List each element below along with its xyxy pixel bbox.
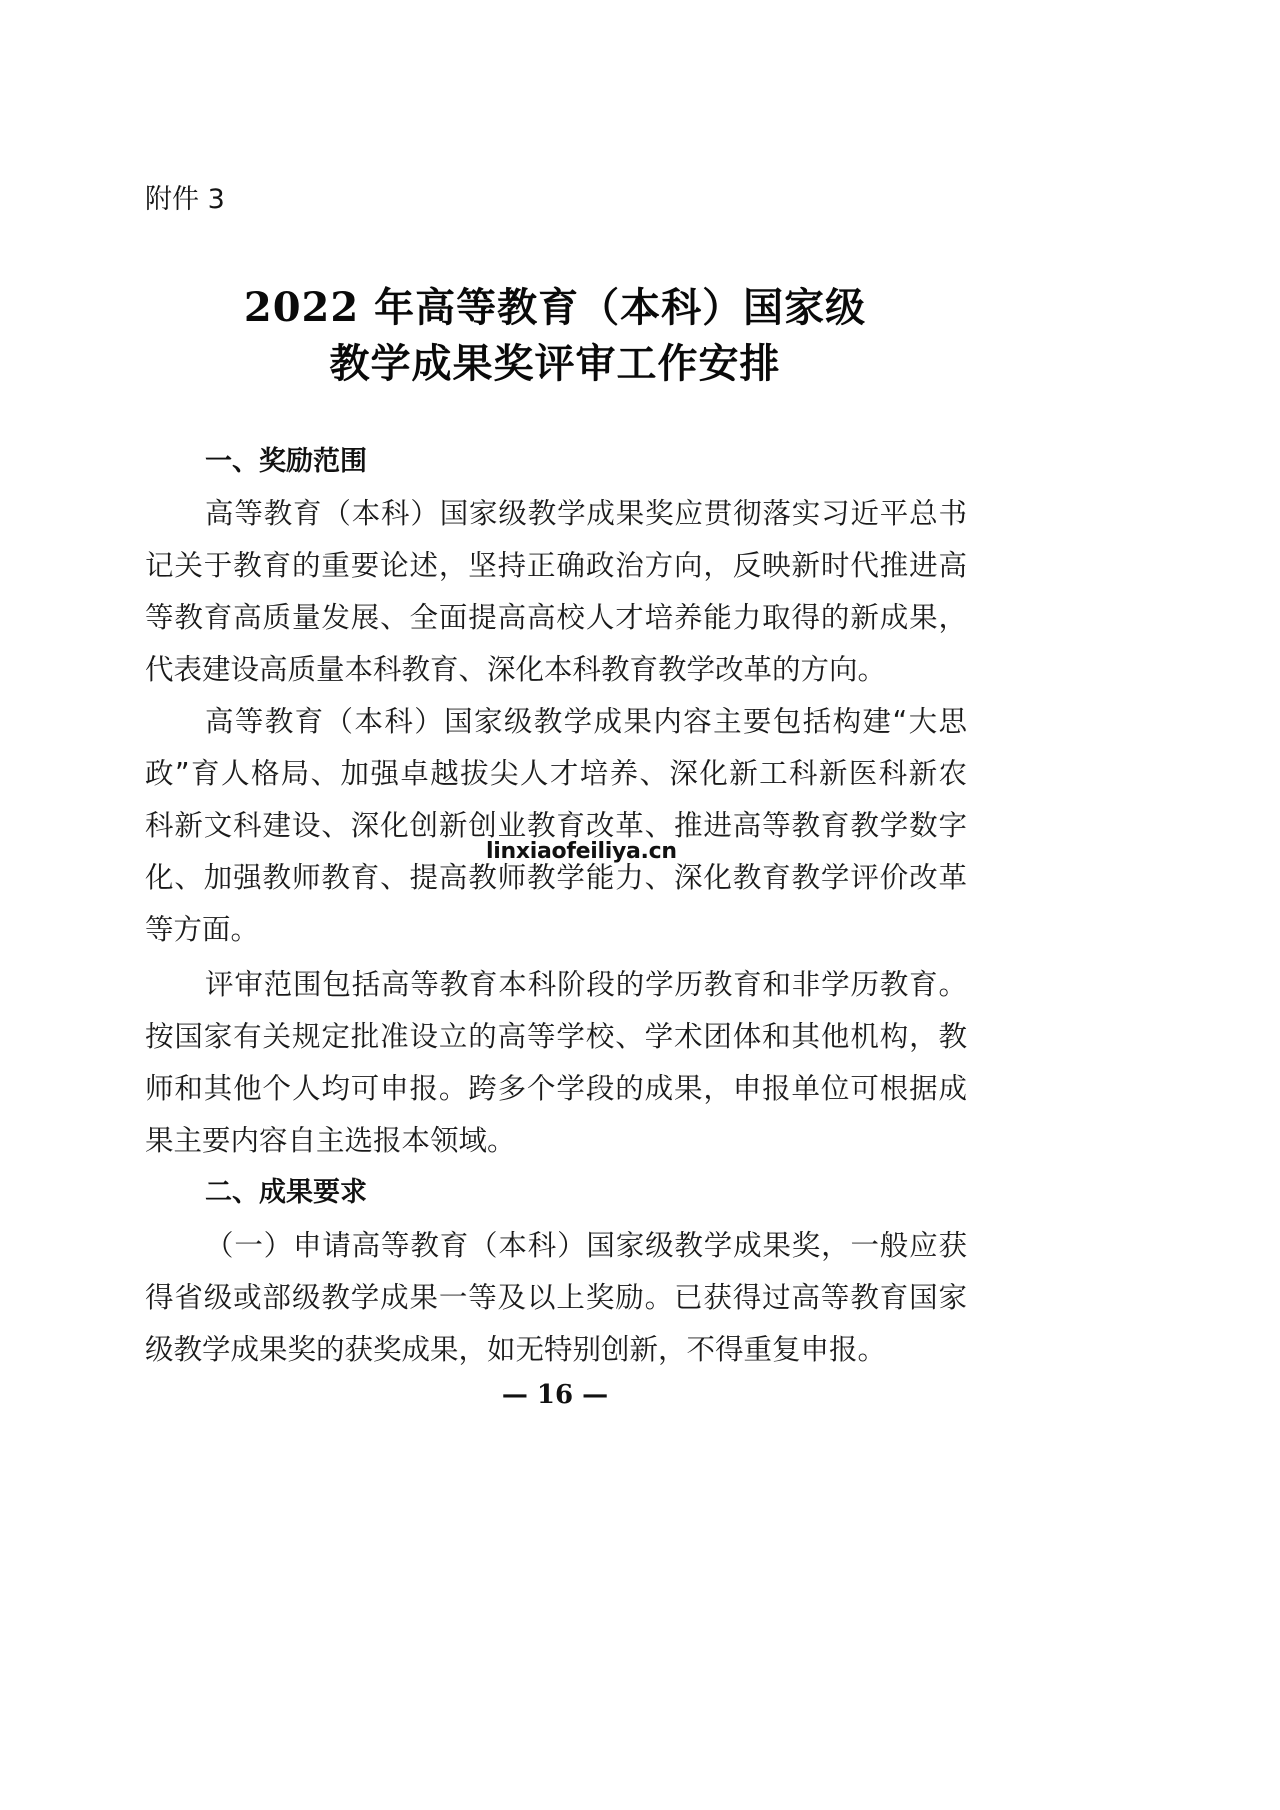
paragraph-line: （一）申请高等教育（本科）国家级教学成果奖，一般应获 <box>205 1228 967 1264</box>
paragraph-line: 高等教育（本科）国家级教学成果奖应贯彻落实习近平总书 <box>205 496 967 532</box>
document-title-line-1: 2022 年高等教育（本科）国家级 <box>0 276 1110 333</box>
page-number: — 16 — <box>0 1380 1110 1410</box>
paragraph-line: 记关于教育的重要论述，坚持正确政治方向，反映新时代推进高 <box>145 548 967 584</box>
document-title-line-2: 教学成果奖评审工作安排 <box>0 332 1110 389</box>
section-heading-award-scope: 一、奖励范围 <box>205 445 367 479</box>
paragraph-line: 高等教育（本科）国家级教学成果内容主要包括构建“大思 <box>205 704 967 740</box>
paragraph-line: 师和其他个人均可申报。跨多个学段的成果，申报单位可根据成 <box>145 1071 967 1107</box>
paragraph-line: 得省级或部级教学成果一等及以上奖励。已获得过高等教育国家 <box>145 1280 967 1316</box>
watermark-text: linxiaofeiliya.cn <box>486 838 677 866</box>
paragraph-line: 按国家有关规定批准设立的高等学校、学术团体和其他机构，教 <box>145 1019 967 1055</box>
section-heading-achievement-requirements: 二、成果要求 <box>205 1176 367 1210</box>
paragraph-line: 评审范围包括高等教育本科阶段的学历教育和非学历教育。 <box>205 967 967 1003</box>
attachment-label: 附件 3 <box>145 183 225 217</box>
document-page: 附件 3 2022 年高等教育（本科）国家级 教学成果奖评审工作安排 一、奖励范… <box>0 0 1280 1810</box>
paragraph-line: 等教育高质量发展、全面提高高校人才培养能力取得的新成果， <box>145 600 967 636</box>
paragraph-line: 代表建设高质量本科教育、深化本科教育教学改革的方向。 <box>145 652 967 688</box>
paragraph-line: 级教学成果奖的获奖成果，如无特别创新，不得重复申报。 <box>145 1332 967 1368</box>
paragraph-line: 等方面。 <box>145 912 967 948</box>
paragraph-line: 果主要内容自主选报本领域。 <box>145 1123 967 1159</box>
paragraph-line: 政”育人格局、加强卓越拔尖人才培养、深化新工科新医科新农 <box>145 756 967 792</box>
